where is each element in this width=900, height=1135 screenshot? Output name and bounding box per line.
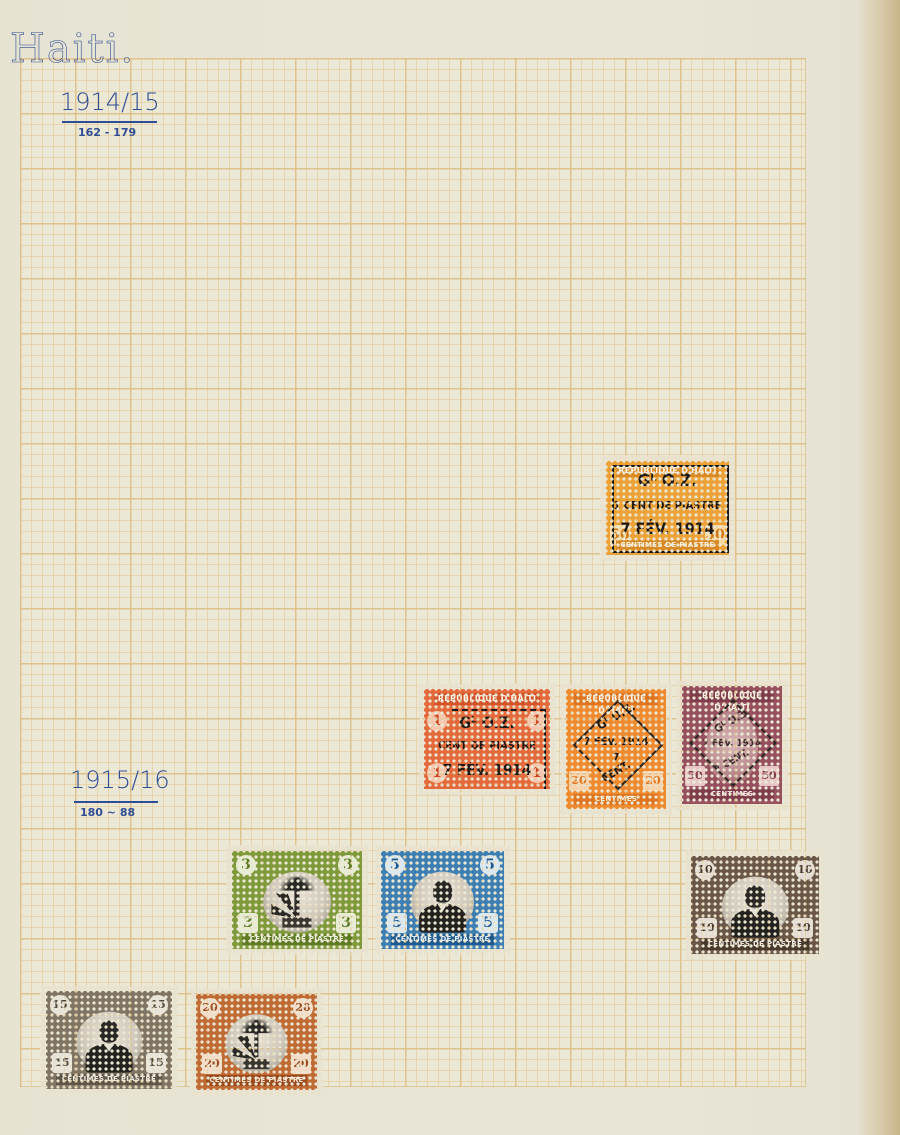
stamp-denomination: 10 [793,918,813,938]
stamp-denomination: 15 [146,1053,166,1073]
stamp-bottom-text: CENTIMES DE PIASTRE [56,1074,162,1085]
stamp-10c-brown-portrait[interactable]: 10 10 10 10 CENTIMES DE PIASTRE [685,850,825,960]
stamp-denomination: 5 [478,913,498,933]
stamp-denomination: 20 [291,1054,311,1074]
stamp-banner: REPUBLIQUE D'HAITI [434,693,540,705]
coat-of-arms-icon [230,1017,283,1071]
section-underline [62,121,157,123]
stamp-ovp-1c-red[interactable]: REPUBLIQUE D'HAITI 1 1 1 1 Gᴸ O.Z. CENT … [418,683,556,795]
overprint-line: CENT DE PIASTRE [424,739,550,752]
stamp-bottom-text: CENTIMES [690,789,774,800]
overprint-line: Gᴸ O.Z. [424,713,550,732]
portrait-icon [728,882,782,937]
stamp-ovp-50c-yellow[interactable]: REPUBLIQUE D'HAITI 50 50 CENTIMES DE PIA… [600,455,735,561]
section-year-1914: 1914/15 [60,88,160,116]
section-underline [74,801,158,803]
section-year-1915: 1915/16 [70,766,170,794]
coat-of-arms-icon [268,875,325,930]
stamp-denomination: 5 [387,913,407,933]
overprint-line: Gᴸ O.Z. [606,471,729,491]
album-page: Haiti. 1914/15 162 - 179 1915/16 180 ~ 8… [0,0,900,1135]
stamp-ovp-20c-orange[interactable]: REPUBLIQUE D'HAITI 20 20 CENTIMES Gᴸ O.Z… [560,683,672,815]
section-catalog-range-1914: 162 - 179 [78,126,136,139]
stamp-denomination: 50 [759,766,779,786]
stamp-15c-olive-portrait[interactable]: 15 15 15 15 CENTIMES DE PIASTRE [40,985,178,1095]
stamp-denomination: 10 [795,860,815,880]
stamp-denomination: 5 [385,855,405,875]
stamp-denomination: 20 [643,771,663,791]
stamp-denomination: 20 [200,998,220,1018]
stamp-ovp-50c-purple[interactable]: REPUBLIQUE D'HAITI 50 50 CENTIMES Gᴸ O.Z… [676,680,788,810]
stamp-denomination: 3 [336,913,356,933]
stamp-20c-orange-arms[interactable]: 20 20 20 20 CENTIMES DE PIASTRE [190,988,323,1096]
stamp-bottom-text: CENTIMES DE PIASTRE [701,939,809,950]
stamp-3c-green-arms[interactable]: 3 3 3 3 CENTIMES DE PIASTRE [226,845,368,955]
section-catalog-range-1915: 180 ~ 88 [80,806,135,819]
stamp-bottom-text: CENTIMES DE PIASTRE [206,1075,308,1086]
portrait-icon [83,1017,136,1072]
stamp-denomination: 15 [50,995,70,1015]
stamp-denomination: 10 [697,918,717,938]
page-title: Haiti. [10,26,135,72]
stamp-denomination: 3 [236,855,256,875]
stamp-5c-blue-portrait[interactable]: 5 5 5 5 CENTIMES DE PIASTRE [375,845,510,955]
overprint-line: 7 FÉV. 1914 [606,519,729,538]
overprint-line: 7 FÉV. 1914 [424,761,550,779]
stamp-denomination: 20 [293,998,313,1018]
overprint-line: 1 CENT DE PIASTRE [606,499,729,512]
stamp-denomination: 5 [480,855,500,875]
stamp-denomination: 15 [148,995,168,1015]
stamp-denomination: 10 [695,860,715,880]
stamp-denomination: 3 [238,913,258,933]
stamp-bottom-text: CENTIMES DE PIASTRE [391,934,494,945]
portrait-icon [417,877,469,932]
stamp-denomination: 15 [52,1053,72,1073]
stamp-denomination: 3 [338,855,358,875]
stamp-denomination: 20 [202,1054,222,1074]
stamp-bottom-text: CENTIMES DE PIASTRE [242,934,351,945]
